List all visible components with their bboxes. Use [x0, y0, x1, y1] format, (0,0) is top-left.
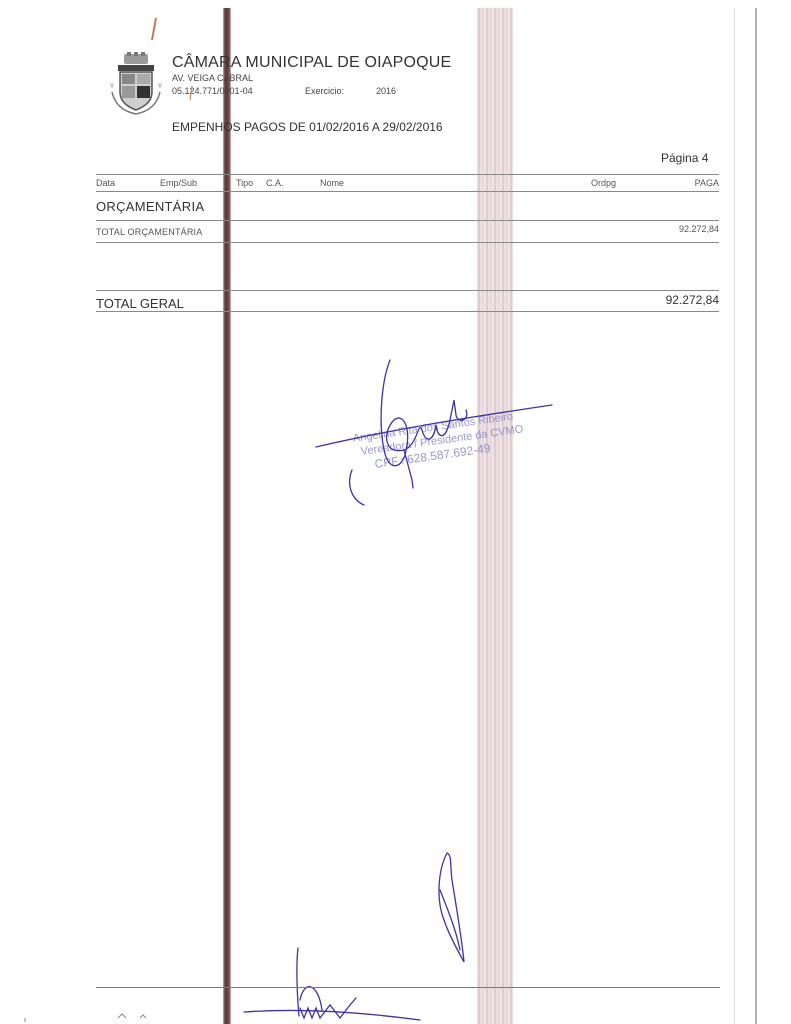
- section-total-value: 92.272,84: [679, 224, 719, 234]
- ink-mark: [152, 18, 156, 40]
- column-header-ca: C.A.: [266, 178, 284, 188]
- table-top-rule: [96, 174, 719, 175]
- municipal-crest-icon: YY: [108, 52, 164, 116]
- scan-edge-line: [734, 8, 735, 1024]
- exercise-label: Exercicio:: [305, 86, 344, 96]
- column-header-tipo: Tipo: [236, 178, 253, 188]
- grand-total-label: TOTAL GERAL: [96, 296, 184, 311]
- institution-address: AV. VEIGA CABRAL: [172, 73, 253, 83]
- section-total-label: TOTAL ORÇAMENTÁRIA: [96, 227, 202, 237]
- column-header-data: Data: [96, 178, 115, 188]
- exercise-year: 2016: [376, 86, 396, 96]
- column-header-ordpg: Ordpg: [591, 178, 616, 188]
- institution-cnpj: 05.124.771/0001-04: [172, 86, 253, 96]
- footer-rule: [96, 987, 720, 988]
- column-header-paga: PAGA: [695, 178, 719, 188]
- grand-total-bottom-rule: [96, 311, 719, 312]
- svg-text:Y: Y: [110, 84, 114, 90]
- svg-text:Y: Y: [158, 84, 162, 90]
- header-bottom-rule: [96, 191, 719, 192]
- scan-artifact-dark-stripe: [223, 8, 231, 1024]
- section-title: ORÇAMENTÁRIA: [96, 199, 204, 214]
- grand-total-top-rule: [96, 290, 719, 291]
- scan-edge-line: [755, 8, 757, 1024]
- section-total-rule: [96, 242, 719, 243]
- report-title: EMPENHOS PAGOS DE 01/02/2016 A 29/02/201…: [172, 120, 443, 134]
- section-rule: [96, 220, 719, 221]
- scan-artifact-light-stripes: [477, 8, 513, 1024]
- institution-name: CÂMARA MUNICIPAL DE OIAPOQUE: [172, 54, 451, 72]
- page-number: Página 4: [661, 151, 708, 165]
- column-header-nome: Nome: [320, 178, 344, 188]
- column-header-emp-sub: Emp/Sub: [160, 178, 197, 188]
- grand-total-value: 92.272,84: [666, 293, 719, 307]
